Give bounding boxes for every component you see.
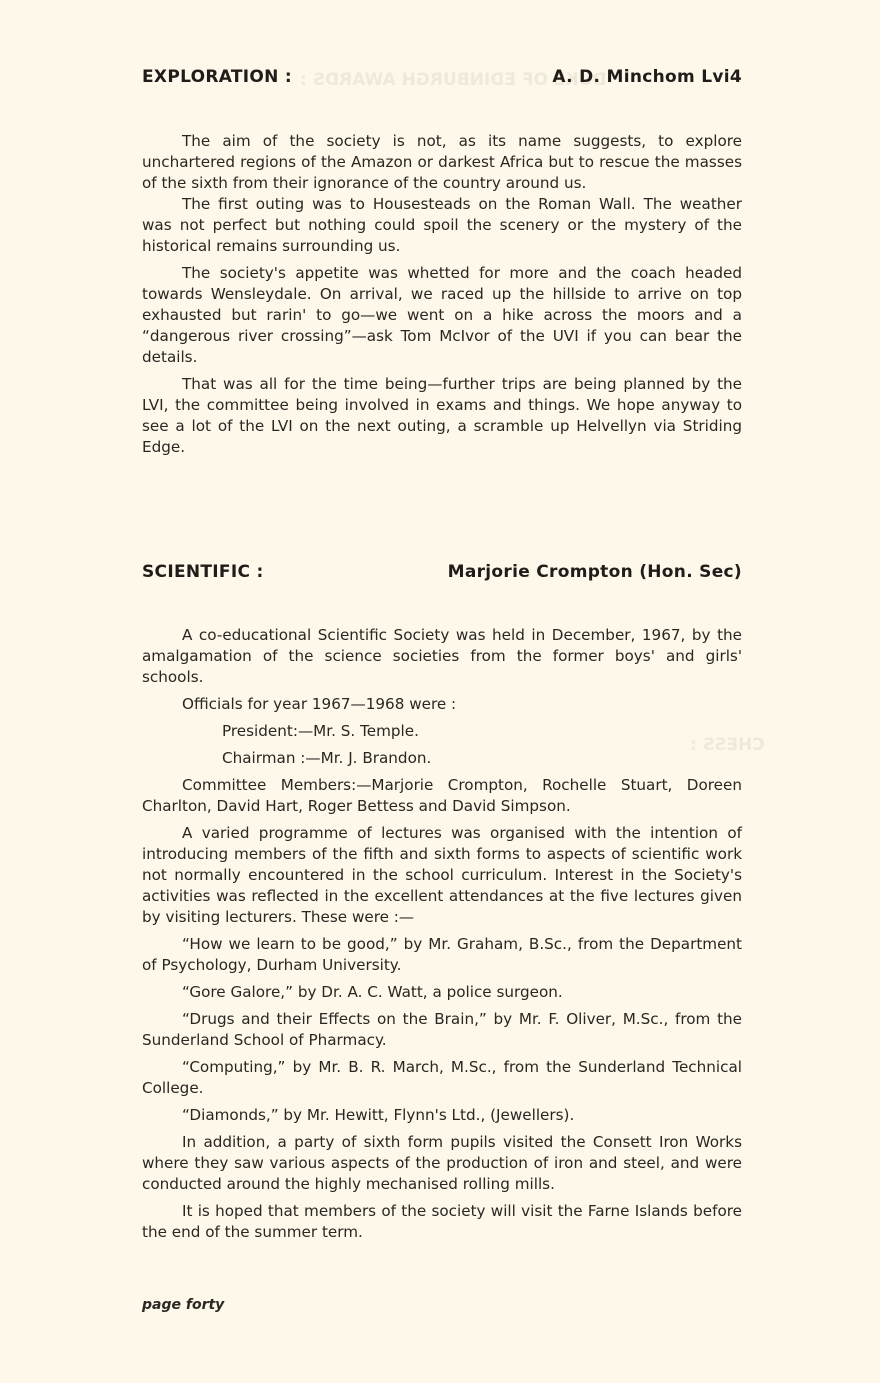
- paragraph: A co-educational Scientific Society was …: [142, 625, 742, 688]
- exploration-body: The aim of the society is not, as its na…: [142, 131, 742, 464]
- paragraph: In addition, a party of sixth form pupil…: [142, 1132, 742, 1195]
- paragraph: The society's appetite was whetted for m…: [142, 263, 742, 368]
- paragraph-committee: Committee Members:—Marjorie Crompton, Ro…: [142, 775, 742, 817]
- official-president: President:—Mr. S. Temple.: [142, 721, 742, 742]
- lecture-item: “Computing,” by Mr. B. R. March, M.Sc., …: [142, 1057, 742, 1099]
- paragraph: The aim of the society is not, as its na…: [142, 131, 742, 194]
- section-title: EXPLORATION :: [142, 67, 292, 87]
- lecture-item: “Diamonds,” by Mr. Hewitt, Flynn's Ltd.,…: [142, 1105, 742, 1126]
- section-header-exploration: EXPLORATION : A. D. Minchom Lvi4: [142, 67, 742, 87]
- section-header-scientific: SCIENTIFIC : Marjorie Crompton (Hon. Sec…: [142, 562, 742, 582]
- paragraph-programme: A varied programme of lectures was organ…: [142, 823, 742, 928]
- lecture-item: “Gore Galore,” by Dr. A. C. Watt, a poli…: [142, 982, 742, 1003]
- section-title: SCIENTIFIC :: [142, 562, 264, 582]
- lecture-item: “Drugs and their Effects on the Brain,” …: [142, 1009, 742, 1051]
- scientific-body: A co-educational Scientific Society was …: [142, 625, 742, 1249]
- section-author: A. D. Minchom Lvi4: [552, 67, 742, 87]
- lecture-item: “How we learn to be good,” by Mr. Graham…: [142, 934, 742, 976]
- paragraph: That was all for the time being—further …: [142, 374, 742, 458]
- paragraph: The first outing was to Housesteads on t…: [142, 194, 742, 257]
- section-author: Marjorie Crompton (Hon. Sec): [448, 562, 742, 582]
- page-number: page forty: [142, 1297, 224, 1313]
- paragraph: It is hoped that members of the society …: [142, 1201, 742, 1243]
- official-chairman: Chairman :—Mr. J. Brandon.: [142, 748, 742, 769]
- officials-heading: Officials for year 1967—1968 were :: [142, 694, 742, 715]
